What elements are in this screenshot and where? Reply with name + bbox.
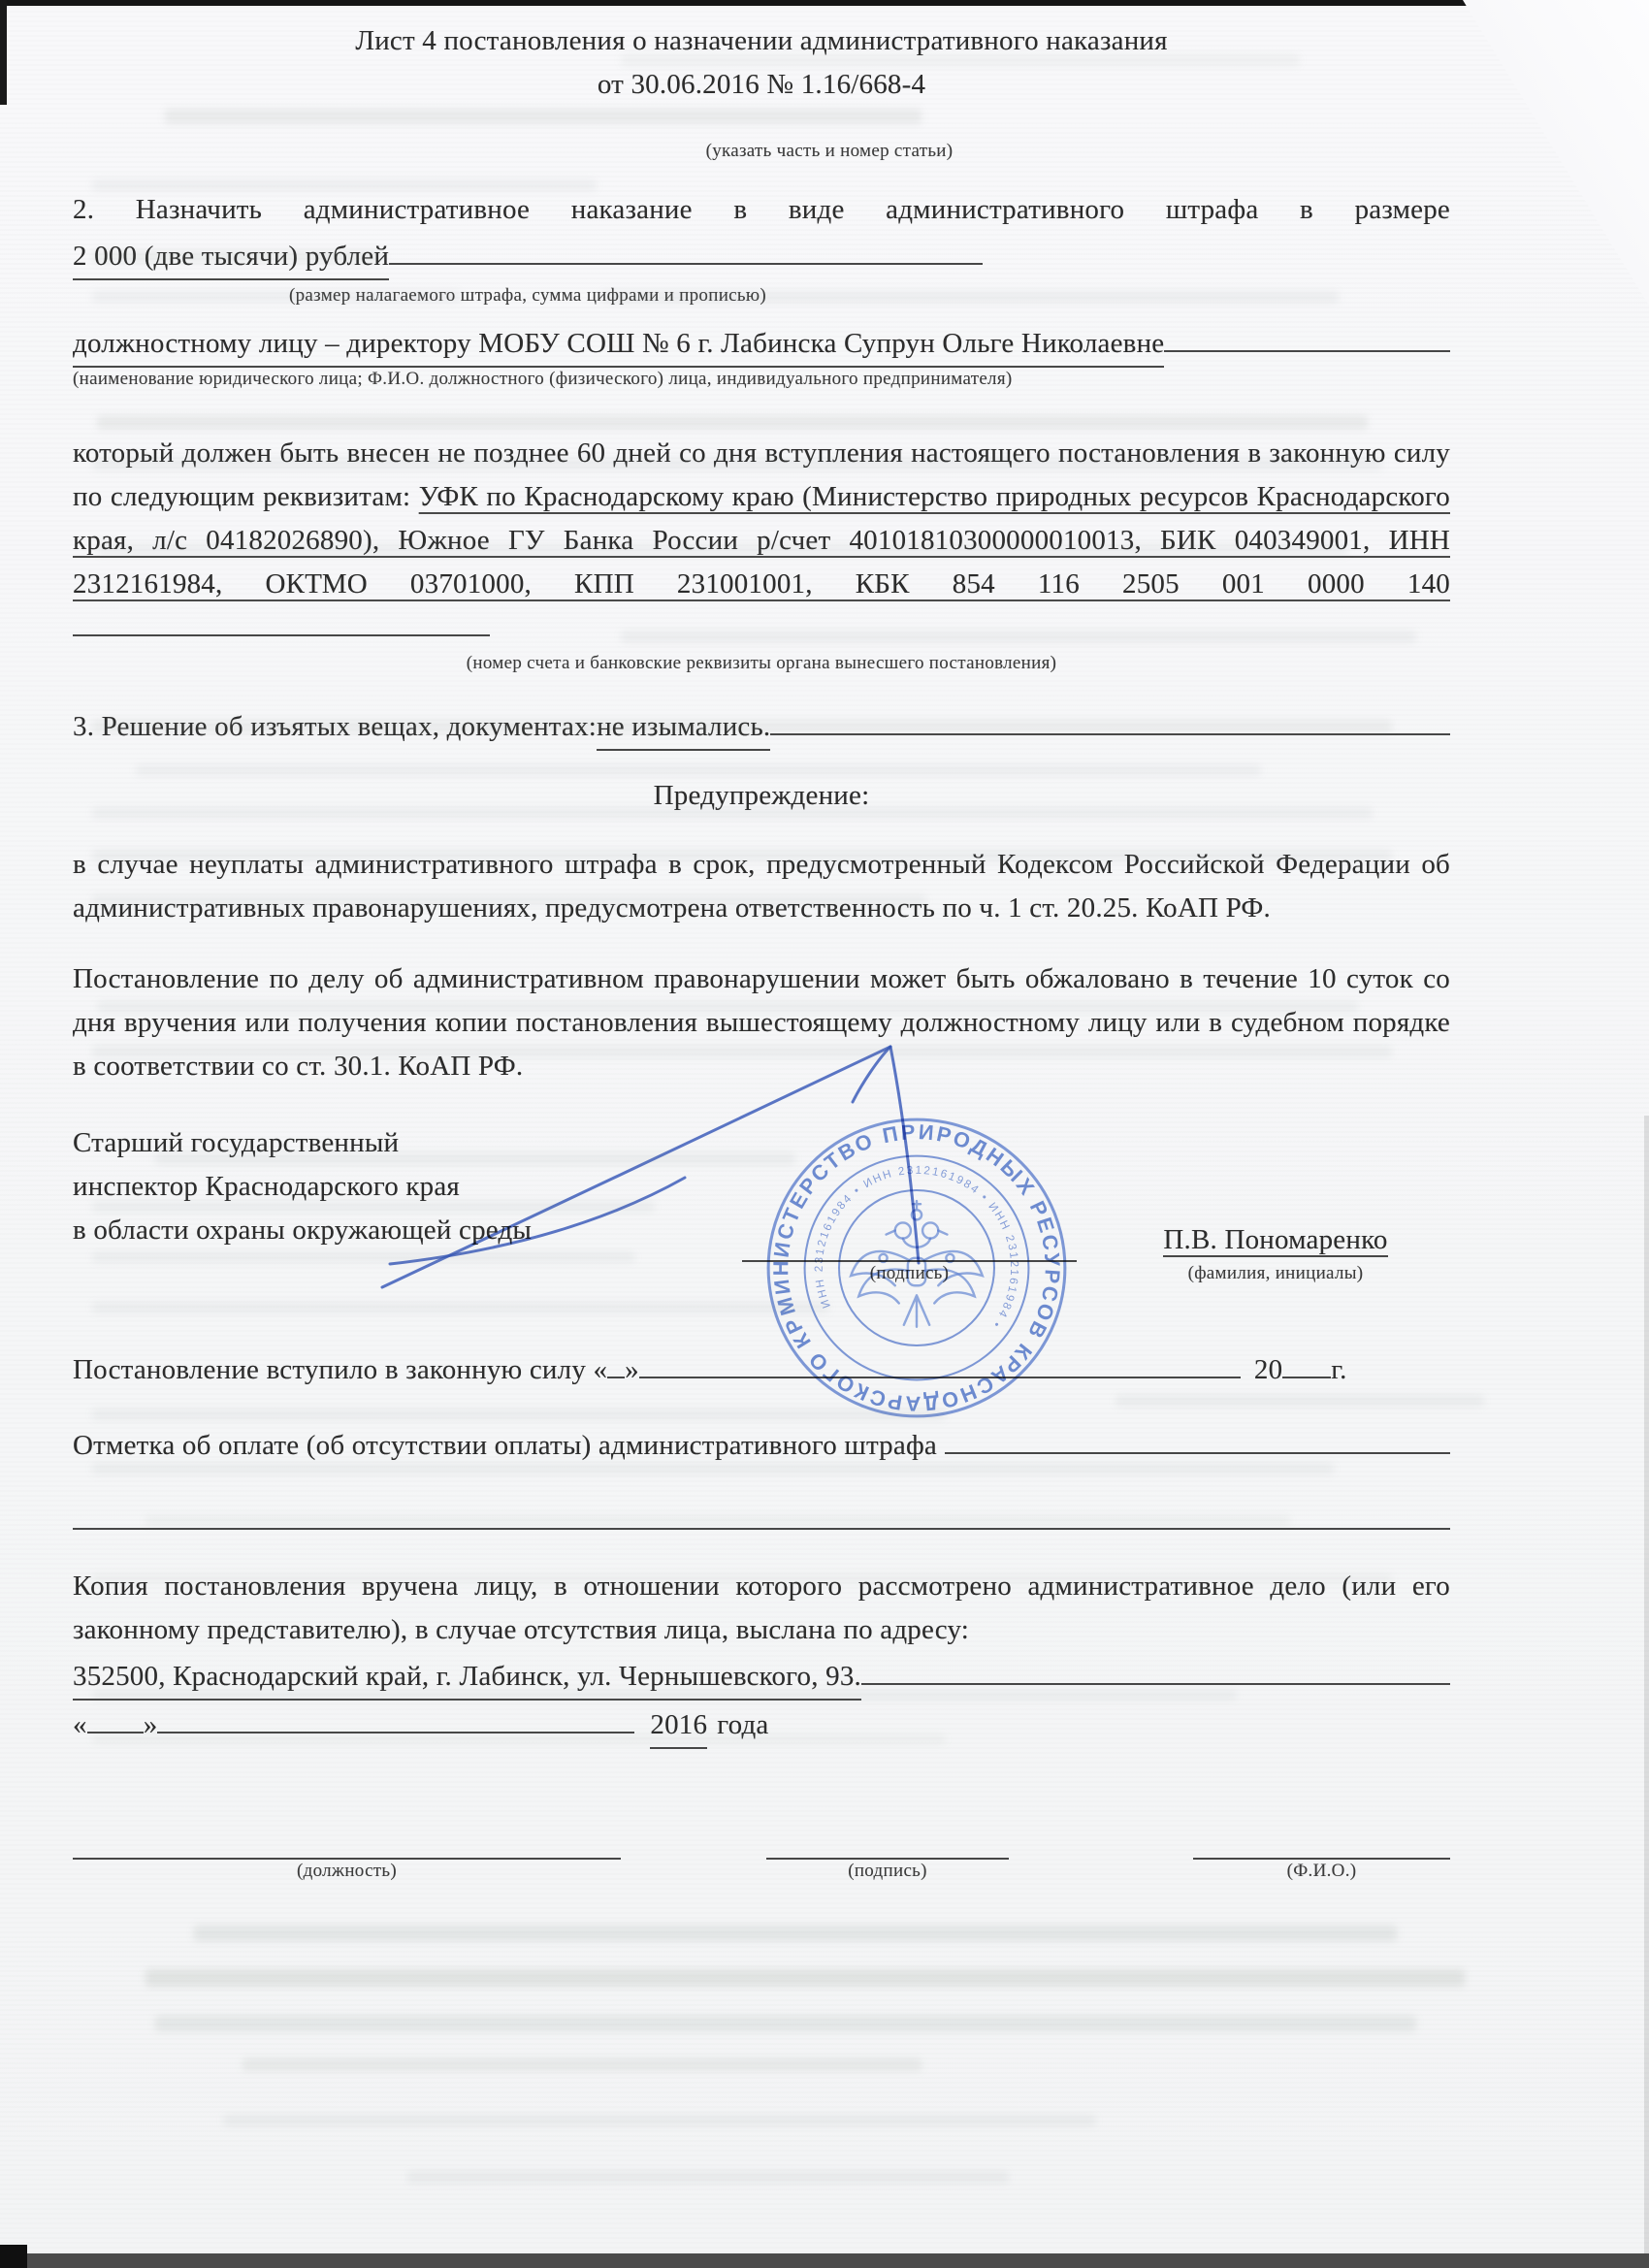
copy-date-day-blank	[87, 1701, 144, 1733]
legal-force-year-prefix: 20	[1254, 1348, 1282, 1392]
stamp-ring-text: МИНИСТЕРСТВО ПРИРОДНЫХ РЕСУРСОВ КРАСНОДА…	[760, 1111, 1074, 1425]
payment-mark-blank	[945, 1421, 1450, 1454]
warning-paragraph-1: в случае неуплаты административного штра…	[73, 843, 1450, 930]
footer-fio-field: (Ф.И.О.)	[1193, 1831, 1450, 1883]
copy-date-quote-open: «	[73, 1703, 87, 1747]
svg-text:МИНИСТЕРСТВО ПРИРОДНЫХ РЕСУР: МИНИСТЕРСТВО ПРИРОДНЫХ РЕСУРСОВ КРАСНОДА…	[760, 1111, 1074, 1425]
bleed-through-smudge	[145, 1969, 1465, 1987]
inspector-name-field: П.В. Пономаренко (фамилия, инициалы)	[1101, 1218, 1450, 1285]
footer-sign-blank	[766, 1831, 1009, 1860]
footer-signature-row: (должность) (подпись) (Ф.И.О.)	[73, 1831, 1450, 1883]
copy-paragraph: Копия постановления вручена лицу, в отно…	[73, 1565, 1450, 1652]
copy-date-year-word: года	[717, 1703, 768, 1747]
caption-account: (номер счета и банковские реквизиты орга…	[73, 652, 1450, 675]
section3-value: не изымались.	[597, 705, 770, 751]
ministry-round-stamp-icon: МИНИСТЕРСТВО ПРИРОДНЫХ РЕСУРСОВ КРАСНОДА…	[760, 1111, 1074, 1425]
footer-caption-sign: (подпись)	[766, 1860, 1009, 1883]
inspector-position-line3: в области охраны окружающей среды	[73, 1209, 655, 1252]
caption-name: (фамилия, инициалы)	[1101, 1262, 1450, 1285]
warning-title: Предупреждение:	[73, 774, 1450, 818]
legal-force-day-blank	[607, 1345, 625, 1378]
footer-sign-field: (подпись)	[766, 1831, 1009, 1883]
copy-address-row: 352500, Краснодарский край, г. Лабинск, …	[73, 1652, 1450, 1701]
copy-date-quote-close: »	[144, 1703, 158, 1747]
payment-paragraph: который должен быть внесен не позднее 60…	[73, 432, 1450, 650]
warning-paragraph-2: Постановление по делу об административно…	[73, 957, 1450, 1088]
section2-intro: 2. Назначить административное наказание …	[73, 188, 1450, 232]
caption-amount: (размер налагаемого штрафа, сумма цифрам…	[73, 284, 983, 308]
fine-amount-value: 2 000 (две тысячи) рублей	[73, 235, 389, 280]
legal-force-year-blank	[1282, 1345, 1331, 1378]
section3-row: 3. Решение об изъятых вещах, документах:…	[73, 702, 1450, 751]
bleed-through-smudge	[223, 2115, 1096, 2126]
payment-mark-text: Отметка об оплате (об отсутствии оплаты)…	[73, 1424, 937, 1468]
scan-right-edge	[1644, 1116, 1649, 2268]
section3-blank-line	[770, 702, 1450, 735]
legal-force-text: Постановление вступило в законную силу «	[73, 1348, 607, 1392]
footer-position-blank	[73, 1831, 621, 1860]
recipient-value: должностному лицу – директору МОБУ СОШ №…	[73, 322, 1164, 368]
caption-article: (указать часть и номер статьи)	[209, 140, 1450, 163]
requisites-blank-line	[73, 627, 490, 636]
bleed-through-smudge	[155, 2016, 1416, 2031]
copy-address: 352500, Краснодарский край, г. Лабинск, …	[73, 1655, 861, 1701]
copy-date-row: « » 2016 года	[73, 1701, 1450, 1749]
recipient-row: должностному лицу – директору МОБУ СОШ №…	[73, 319, 1450, 368]
bleed-through-smudge	[242, 2058, 921, 2071]
footer-fio-blank	[1193, 1831, 1450, 1860]
bleed-through-smudge	[407, 2171, 1009, 2184]
inspector-name: П.В. Пономаренко	[1163, 1224, 1387, 1257]
legal-force-year-suffix: г.	[1331, 1348, 1346, 1392]
copy-date-month-blank	[157, 1701, 634, 1733]
document-title-line2: от 30.06.2016 № 1.16/668-4	[73, 63, 1450, 107]
caption-recipient: (наименование юридического лица; Ф.И.О. …	[73, 368, 1450, 391]
footer-caption-position: (должность)	[73, 1860, 621, 1883]
fine-amount-row: 2 000 (две тысячи) рублей	[73, 232, 983, 280]
scanned-document-page: Лист 4 постановления о назначении админи…	[0, 0, 1649, 2268]
payment-mark-blank-line2	[73, 1497, 1450, 1530]
footer-caption-fio: (Ф.И.О.)	[1193, 1860, 1450, 1883]
document-title-line1: Лист 4 постановления о назначении админи…	[73, 19, 1450, 63]
inspector-position: Старший государственный инспектор Красно…	[73, 1121, 655, 1252]
payment-mark-row: Отметка об оплате (об отсутствии оплаты)…	[73, 1421, 1450, 1468]
inspector-position-line2: инспектор Краснодарского края	[73, 1165, 655, 1209]
scan-bottom-edge	[0, 2253, 1649, 2268]
recipient-blank-line	[1164, 319, 1450, 352]
double-headed-eagle-icon	[851, 1201, 983, 1327]
page-corner-fold	[1463, 0, 1649, 306]
inspector-position-line1: Старший государственный	[73, 1121, 655, 1165]
footer-position-field: (должность)	[73, 1831, 621, 1883]
scan-bottom-corner	[0, 2245, 27, 2268]
legal-force-quote: »	[625, 1348, 639, 1392]
copy-date-year: 2016	[650, 1703, 707, 1749]
bleed-through-smudge	[194, 1926, 1397, 1941]
fine-amount-blank-line	[389, 232, 983, 265]
document-body: Лист 4 постановления о назначении админи…	[73, 0, 1450, 1883]
scan-left-edge	[0, 0, 7, 105]
section3-label: 3. Решение об изъятых вещах, документах:	[73, 705, 597, 749]
copy-address-blank	[861, 1652, 1450, 1685]
